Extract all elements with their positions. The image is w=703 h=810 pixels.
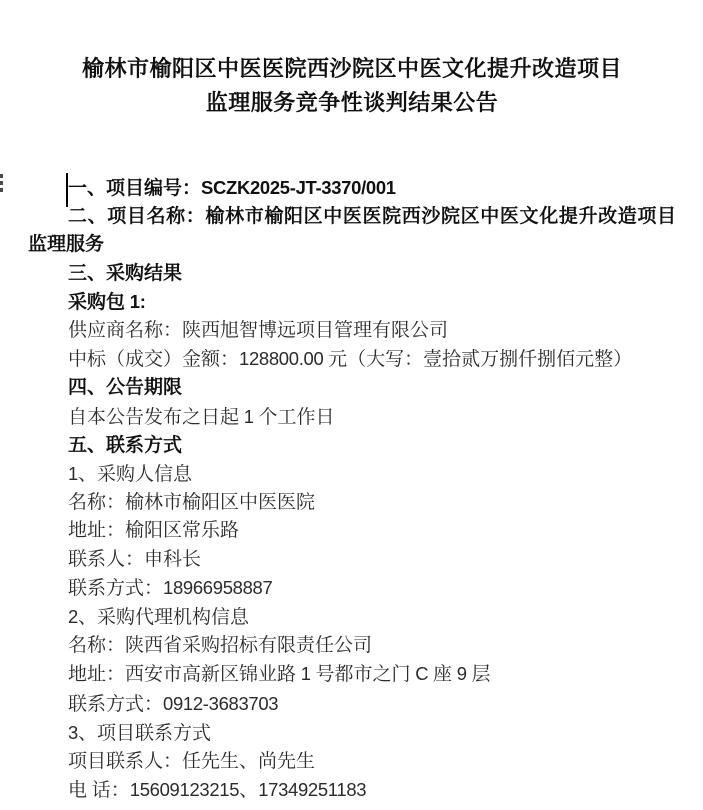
project-contact-phone-line: 电 话：15609123215、17349251183 [28, 776, 676, 805]
agency-phone-line-text: 0912-3683703 [163, 693, 278, 714]
agency-address-line-text: C [415, 663, 428, 684]
project-contact-phone-line-text: 、 [239, 780, 258, 801]
procurement-result-heading-text: 三、采购结果 [68, 263, 182, 284]
purchaser-contact-phone-line: 联系方式：18966958887 [28, 574, 676, 603]
award-amount-line: 中标（成交）金额：128800.00 元（大写：壹拾贰万捌仟捌佰元整） [28, 345, 676, 374]
project-number-line: 一、项目编号：SCZK2025-JT-3370/001 [28, 174, 676, 203]
purchaser-address-line-text: 地址：榆阳区常乐路 [68, 520, 239, 541]
project-contact-phone-line-text: 电 话： [68, 780, 130, 801]
announcement-period-text-text: 1 [244, 406, 254, 427]
agency-info-heading-text: 、采购代理机构信息 [78, 607, 249, 628]
supplier-name-line: 供应商名称：陕西旭智博远项目管理有限公司 [28, 317, 676, 345]
project-name-line-1: 二、项目名称：榆林市榆阳区中医医院西沙院区中医文化提升改造项目 [28, 203, 676, 231]
agency-phone-line: 联系方式：0912-3683703 [28, 690, 676, 719]
project-name-line-2: 监理服务 [28, 231, 676, 259]
purchaser-name-line: 名称：榆林市榆阳区中医医院 [28, 489, 676, 517]
announcement-period-text-text: 个工作日 [254, 407, 335, 428]
agency-address-line-text: 层 [467, 664, 491, 685]
agency-address-line-text: 号都市之门 [311, 664, 416, 685]
purchaser-contact-person-line: 联系人：申科长 [28, 546, 676, 574]
agency-info-heading-text: 2 [68, 606, 78, 627]
announcement-period-heading-text: 四、公告期限 [68, 377, 182, 398]
agency-address-line-text: 1 [301, 663, 311, 684]
document-body[interactable]: 一、项目编号：SCZK2025-JT-3370/001二、项目名称：榆林市榆阳区… [28, 174, 676, 805]
supplier-name-line-text: 供应商名称：陕西旭智博远项目管理有限公司 [68, 320, 448, 341]
contact-info-heading-text: 五、联系方式 [68, 435, 182, 456]
project-contact-person-line-text: 项目联系人：任先生、尚先生 [68, 751, 315, 772]
document-page: 榆林市榆阳区中医医院西沙院区中医文化提升改造项目 监理服务竞争性谈判结果公告 一… [0, 0, 703, 810]
project-contact-phone-line-text: 15609123215 [130, 779, 239, 800]
procurement-result-heading: 三、采购结果 [28, 260, 676, 288]
award-amount-line-text: 元（大写：壹拾贰万捌仟捌佰元整） [323, 349, 632, 370]
award-amount-line-text: 128800.00 [239, 348, 323, 369]
package-1-heading-text: 采购包 [68, 292, 130, 313]
award-amount-line-text: 中标（成交）金额： [68, 349, 239, 370]
agency-name-line: 名称：陕西省采购招标有限责任公司 [28, 632, 676, 660]
agency-address-line-text: 座 [428, 664, 457, 685]
project-contact-phone-line-text: 17349251183 [258, 779, 366, 800]
project-contact-heading: 3、项目联系方式 [28, 719, 676, 748]
agency-address-line: 地址：西安市高新区锦业路 1 号都市之门 C 座 9 层 [28, 660, 676, 689]
project-contact-heading-text: 、项目联系方式 [78, 723, 211, 744]
purchaser-contact-person-line-text: 联系人：申科长 [68, 549, 201, 570]
project-name-line-2-text: 监理服务 [28, 234, 104, 255]
announcement-period-heading: 四、公告期限 [28, 374, 676, 402]
purchaser-info-heading-text: 、采购人信息 [78, 464, 192, 485]
document-title-line2: 监理服务竞争性谈判结果公告 [28, 86, 676, 120]
edge-artifact-dot [0, 174, 3, 178]
agency-name-line-text: 名称：陕西省采购招标有限责任公司 [68, 635, 372, 656]
agency-address-line-text: 地址：西安市高新区锦业路 [68, 664, 301, 685]
purchaser-contact-phone-line-text: 18966958887 [163, 577, 272, 598]
package-1-heading-text: 1: [130, 291, 146, 312]
purchaser-address-line: 地址：榆阳区常乐路 [28, 517, 676, 545]
contact-info-heading: 五、联系方式 [28, 432, 676, 460]
project-number-line-text: SCZK2025-JT-3370/001 [201, 177, 396, 198]
edge-artifact [0, 174, 4, 195]
announcement-period-text: 自本公告发布之日起 1 个工作日 [28, 403, 676, 432]
purchaser-info-heading-text: 1 [68, 463, 78, 484]
agency-info-heading: 2、采购代理机构信息 [28, 603, 676, 632]
project-contact-heading-text: 3 [68, 722, 78, 743]
agency-phone-line-text: 联系方式： [68, 694, 163, 715]
document-title: 榆林市榆阳区中医医院西沙院区中医文化提升改造项目 监理服务竞争性谈判结果公告 [28, 52, 676, 120]
purchaser-info-heading: 1、采购人信息 [28, 460, 676, 489]
announcement-period-text-text: 自本公告发布之日起 [68, 407, 244, 428]
edge-artifact-dot [0, 181, 3, 185]
purchaser-contact-phone-line-text: 联系方式： [68, 578, 163, 599]
project-number-line-text: 一、项目编号： [68, 178, 201, 199]
document-title-line1: 榆林市榆阳区中医医院西沙院区中医文化提升改造项目 [28, 52, 676, 86]
project-name-line-1-text: 二、项目名称：榆林市榆阳区中医医院西沙院区中医文化提升改造项目 [68, 206, 676, 227]
agency-address-line-text: 9 [457, 663, 467, 684]
purchaser-name-line-text: 名称：榆林市榆阳区中医医院 [68, 492, 315, 513]
edge-artifact-dot [0, 188, 3, 192]
project-contact-person-line: 项目联系人：任先生、尚先生 [28, 748, 676, 776]
package-1-heading: 采购包 1: [28, 288, 676, 317]
